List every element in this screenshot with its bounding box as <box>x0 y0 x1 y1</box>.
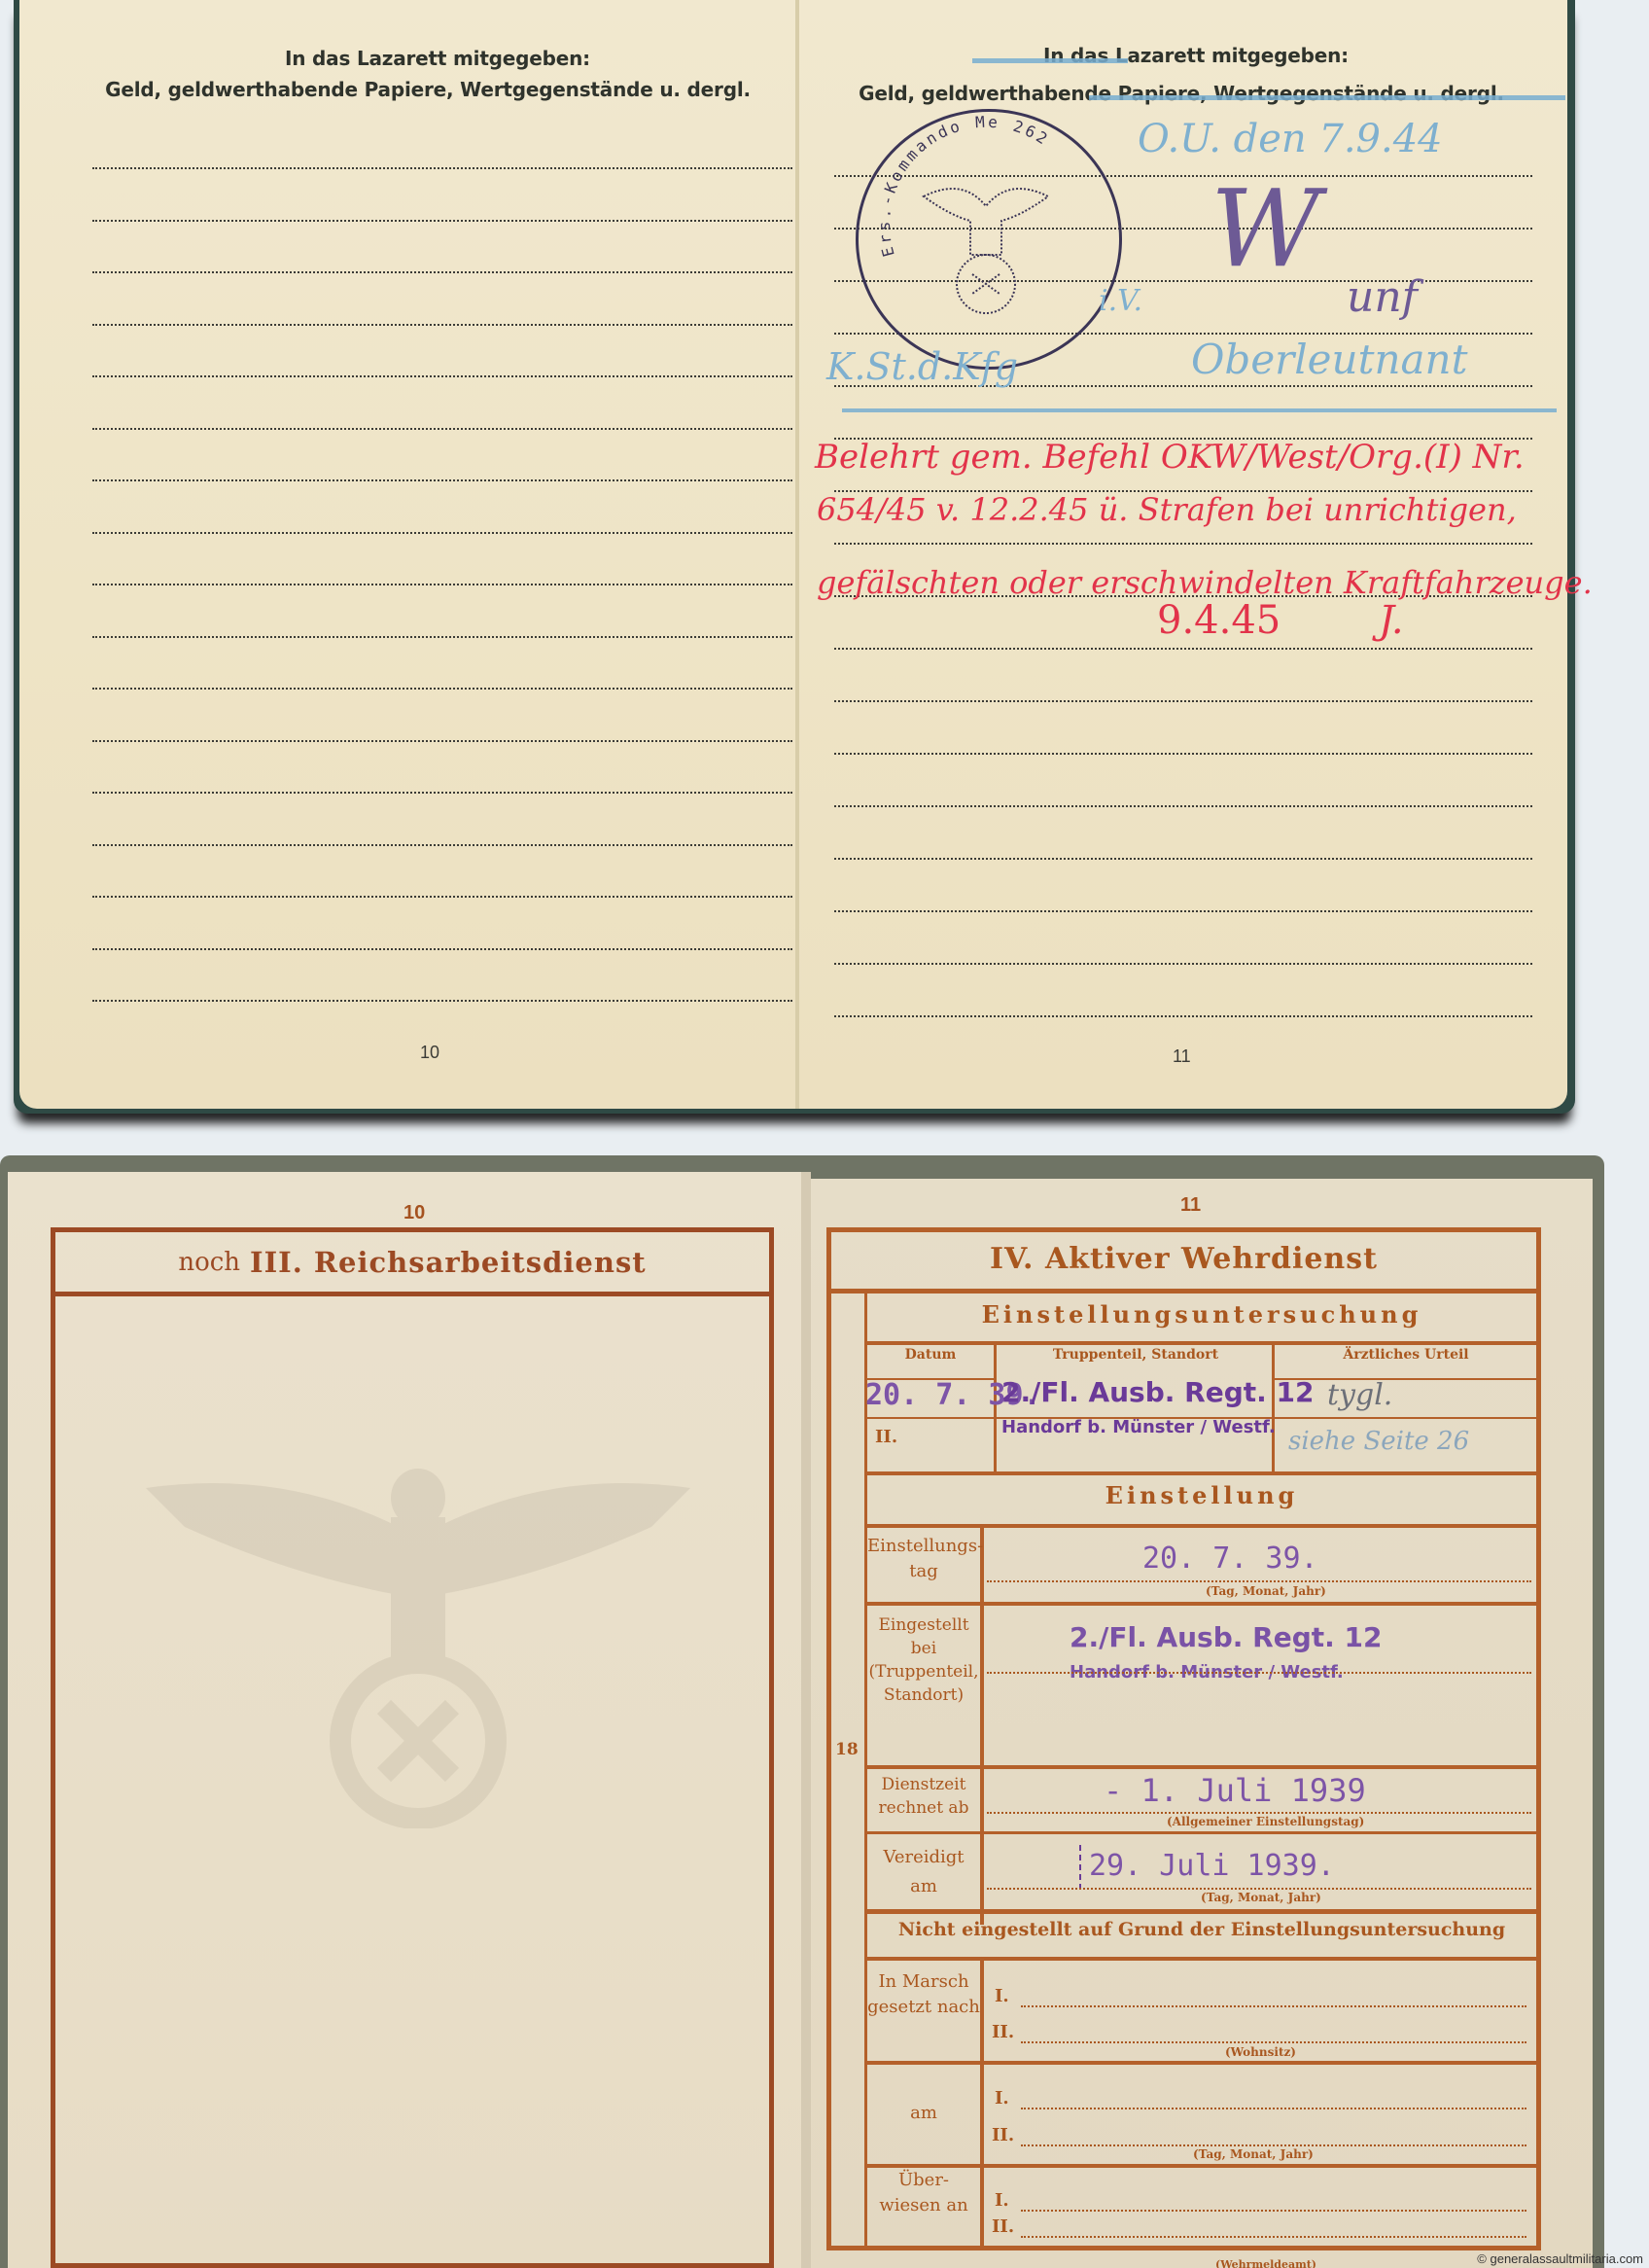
bottom-right-page-number: 11 <box>1180 1194 1201 1217</box>
ruled-line <box>92 1000 792 1002</box>
ruled-line <box>92 220 792 222</box>
ruled-line <box>92 584 792 585</box>
heading-title: III. Reichsarbeitsdienst <box>250 1246 647 1279</box>
blue-strikethrough-2 <box>1089 95 1565 100</box>
ruled-line <box>92 375 792 377</box>
stamp-bar <box>1079 1845 1083 1890</box>
top-left-heading-2: Geld, geldwerthabende Papiere, Wertgegen… <box>58 78 797 101</box>
caption-am-tag-monat-jahr: (Tag, Monat, Jahr) <box>1193 2147 1314 2161</box>
copyright-watermark: © generalassaultmilitaria.com <box>1477 2251 1643 2266</box>
ruled-line <box>92 167 792 169</box>
ruled-line <box>92 324 792 326</box>
top-right-heading-2: Geld, geldwerthabende Papiere, Wertgegen… <box>822 82 1541 105</box>
handwritten-iv: i.V. <box>1099 284 1142 318</box>
purple-signature: W <box>1210 175 1320 282</box>
ruled-line <box>834 910 1532 912</box>
ruled-line <box>92 844 792 846</box>
sub-label-I: I. <box>995 1986 1009 2006</box>
handwritten-note: siehe Seite 26 <box>1288 1427 1469 1456</box>
bottom-booklet-gutter <box>801 1172 811 2268</box>
ruled-line <box>834 700 1532 702</box>
red-note-line-3: gefälschten oder erschwindelten Kraftfah… <box>817 564 1593 601</box>
label-einstellungstag: Einstellungs-tag <box>867 1534 980 1584</box>
ruled-line <box>92 479 792 481</box>
label-eingestellt-bei: Eingestellt bei (Truppenteil, Standort) <box>867 1613 980 1707</box>
top-left-page <box>19 0 797 1109</box>
row-label-II: II. <box>875 1427 897 1447</box>
handwritten-date-entry: O.U. den 7.9.44 <box>1138 117 1443 161</box>
sub-label-I: I. <box>995 2088 1009 2109</box>
ruled-line <box>92 428 792 430</box>
ruled-line <box>92 896 792 898</box>
ruled-line <box>92 271 792 273</box>
red-note-line-2: 654/45 v. 12.2.45 ü. Strafen bei unricht… <box>817 491 1517 528</box>
handwritten-verdict: tygl. <box>1327 1378 1392 1412</box>
caption-vereidigt-tag-monat-jahr: (Tag, Monat, Jahr) <box>1201 1891 1321 1904</box>
value-eingestellt-line-1: 2./Fl. Ausb. Regt. 12 <box>1070 1621 1382 1653</box>
section-title-nicht-eingestellt: Nicht eingestellt auf Grund der Einstell… <box>867 1919 1536 1940</box>
wehrdienst-form: IV. Aktiver Wehrdienst 18 Einstellungsun… <box>826 1227 1541 2250</box>
ruled-line <box>92 740 792 742</box>
handwritten-unit: K.St.d.Kfg <box>826 345 1018 388</box>
value-dienstzeit: - 1. Juli 1939 <box>1104 1772 1366 1809</box>
label-vereidigt: Vereidigt am <box>867 1843 980 1901</box>
red-note-date: 9.4.45 <box>1157 598 1281 643</box>
svg-text:Ers.-Kommando Me 262: Ers.-Kommando Me 262 <box>875 113 1053 259</box>
watermark-eagle-icon <box>146 1459 690 1828</box>
top-booklet-gutter <box>795 0 799 1109</box>
blue-strikethrough-1 <box>972 58 1128 63</box>
caption-allgemeiner-einstellungstag: (Allgemeiner Einstellungstag) <box>1167 1815 1364 1828</box>
ruled-line <box>834 648 1532 650</box>
form-title: IV. Aktiver Wehrdienst <box>831 1242 1536 1276</box>
value-einstellungstag: 20. 7. 39. <box>1142 1542 1318 1576</box>
ruled-line <box>834 753 1532 755</box>
col-aerztliches-urteil: Ärztliches Urteil <box>1275 1347 1537 1363</box>
ruled-line <box>92 636 792 638</box>
blue-underline <box>842 408 1557 412</box>
ruled-line <box>92 792 792 794</box>
bottom-left-page-number: 10 <box>403 1202 425 1224</box>
section-title-einstellungsuntersuchung: Einstellungsuntersuchung <box>867 1300 1536 1329</box>
col-datum: Datum <box>867 1347 994 1363</box>
section-title-einstellung: Einstellung <box>867 1481 1536 1509</box>
label-am: am <box>867 2103 980 2123</box>
ruled-line <box>92 948 792 950</box>
caption-wohnsitz: (Wohnsitz) <box>1225 2045 1296 2059</box>
side-number: 18 <box>835 1740 859 1759</box>
rad-section-header: noch III. Reichsarbeitsdienst <box>55 1232 769 1296</box>
ruled-line <box>834 1015 1532 1017</box>
stamp-unit-line-1: 2./Fl. Ausb. Regt. 12 <box>1001 1376 1314 1408</box>
label-in-marsch: In Marsch gesetzt nach <box>867 1969 980 2020</box>
ruled-line <box>834 858 1532 860</box>
label-ueberwiesen-an: Über- wiesen an <box>867 2168 980 2218</box>
red-note-line-1: Belehrt gem. Befehl OKW/West/Org.(I) Nr. <box>815 438 1525 477</box>
sub-label-II: II. <box>992 2125 1014 2145</box>
ruled-line <box>834 543 1532 545</box>
caption-tag-monat-jahr: (Tag, Monat, Jahr) <box>1206 1584 1326 1598</box>
purple-initials: unf <box>1347 272 1418 322</box>
top-left-heading-1: In das Lazarett mitgegeben: <box>117 47 758 70</box>
sub-label-I: I. <box>995 2190 1009 2211</box>
value-vereidigt: 29. Juli 1939. <box>1089 1849 1335 1883</box>
sub-label-II: II. <box>992 2216 1014 2237</box>
top-right-page-number: 11 <box>1173 1046 1191 1067</box>
top-right-heading-1: In das Lazarett mitgegeben: <box>875 44 1517 67</box>
ruled-line <box>92 532 792 534</box>
ruled-line <box>92 688 792 690</box>
top-left-page-number: 10 <box>420 1043 439 1063</box>
heading-prefix: noch <box>178 1248 240 1277</box>
stamp-unit-line-2: Handorf b. Münster / Westf. <box>1001 1417 1276 1437</box>
ruled-line <box>834 805 1532 807</box>
col-truppenteil: Truppenteil, Standort <box>997 1347 1275 1363</box>
stamp-eagle-icon: Ers.-Kommando Me 262 <box>856 109 1116 364</box>
caption-wehrmeldeamt: (Wehrmeldeamt) <box>1215 2258 1316 2268</box>
ruled-line <box>834 963 1532 965</box>
label-dienstzeit: Dienstzeit rechnet ab <box>867 1773 980 1820</box>
sub-label-II: II. <box>992 2022 1014 2042</box>
red-note-initial: J. <box>1379 598 1404 643</box>
handwritten-rank: Oberleutnant <box>1191 336 1467 383</box>
